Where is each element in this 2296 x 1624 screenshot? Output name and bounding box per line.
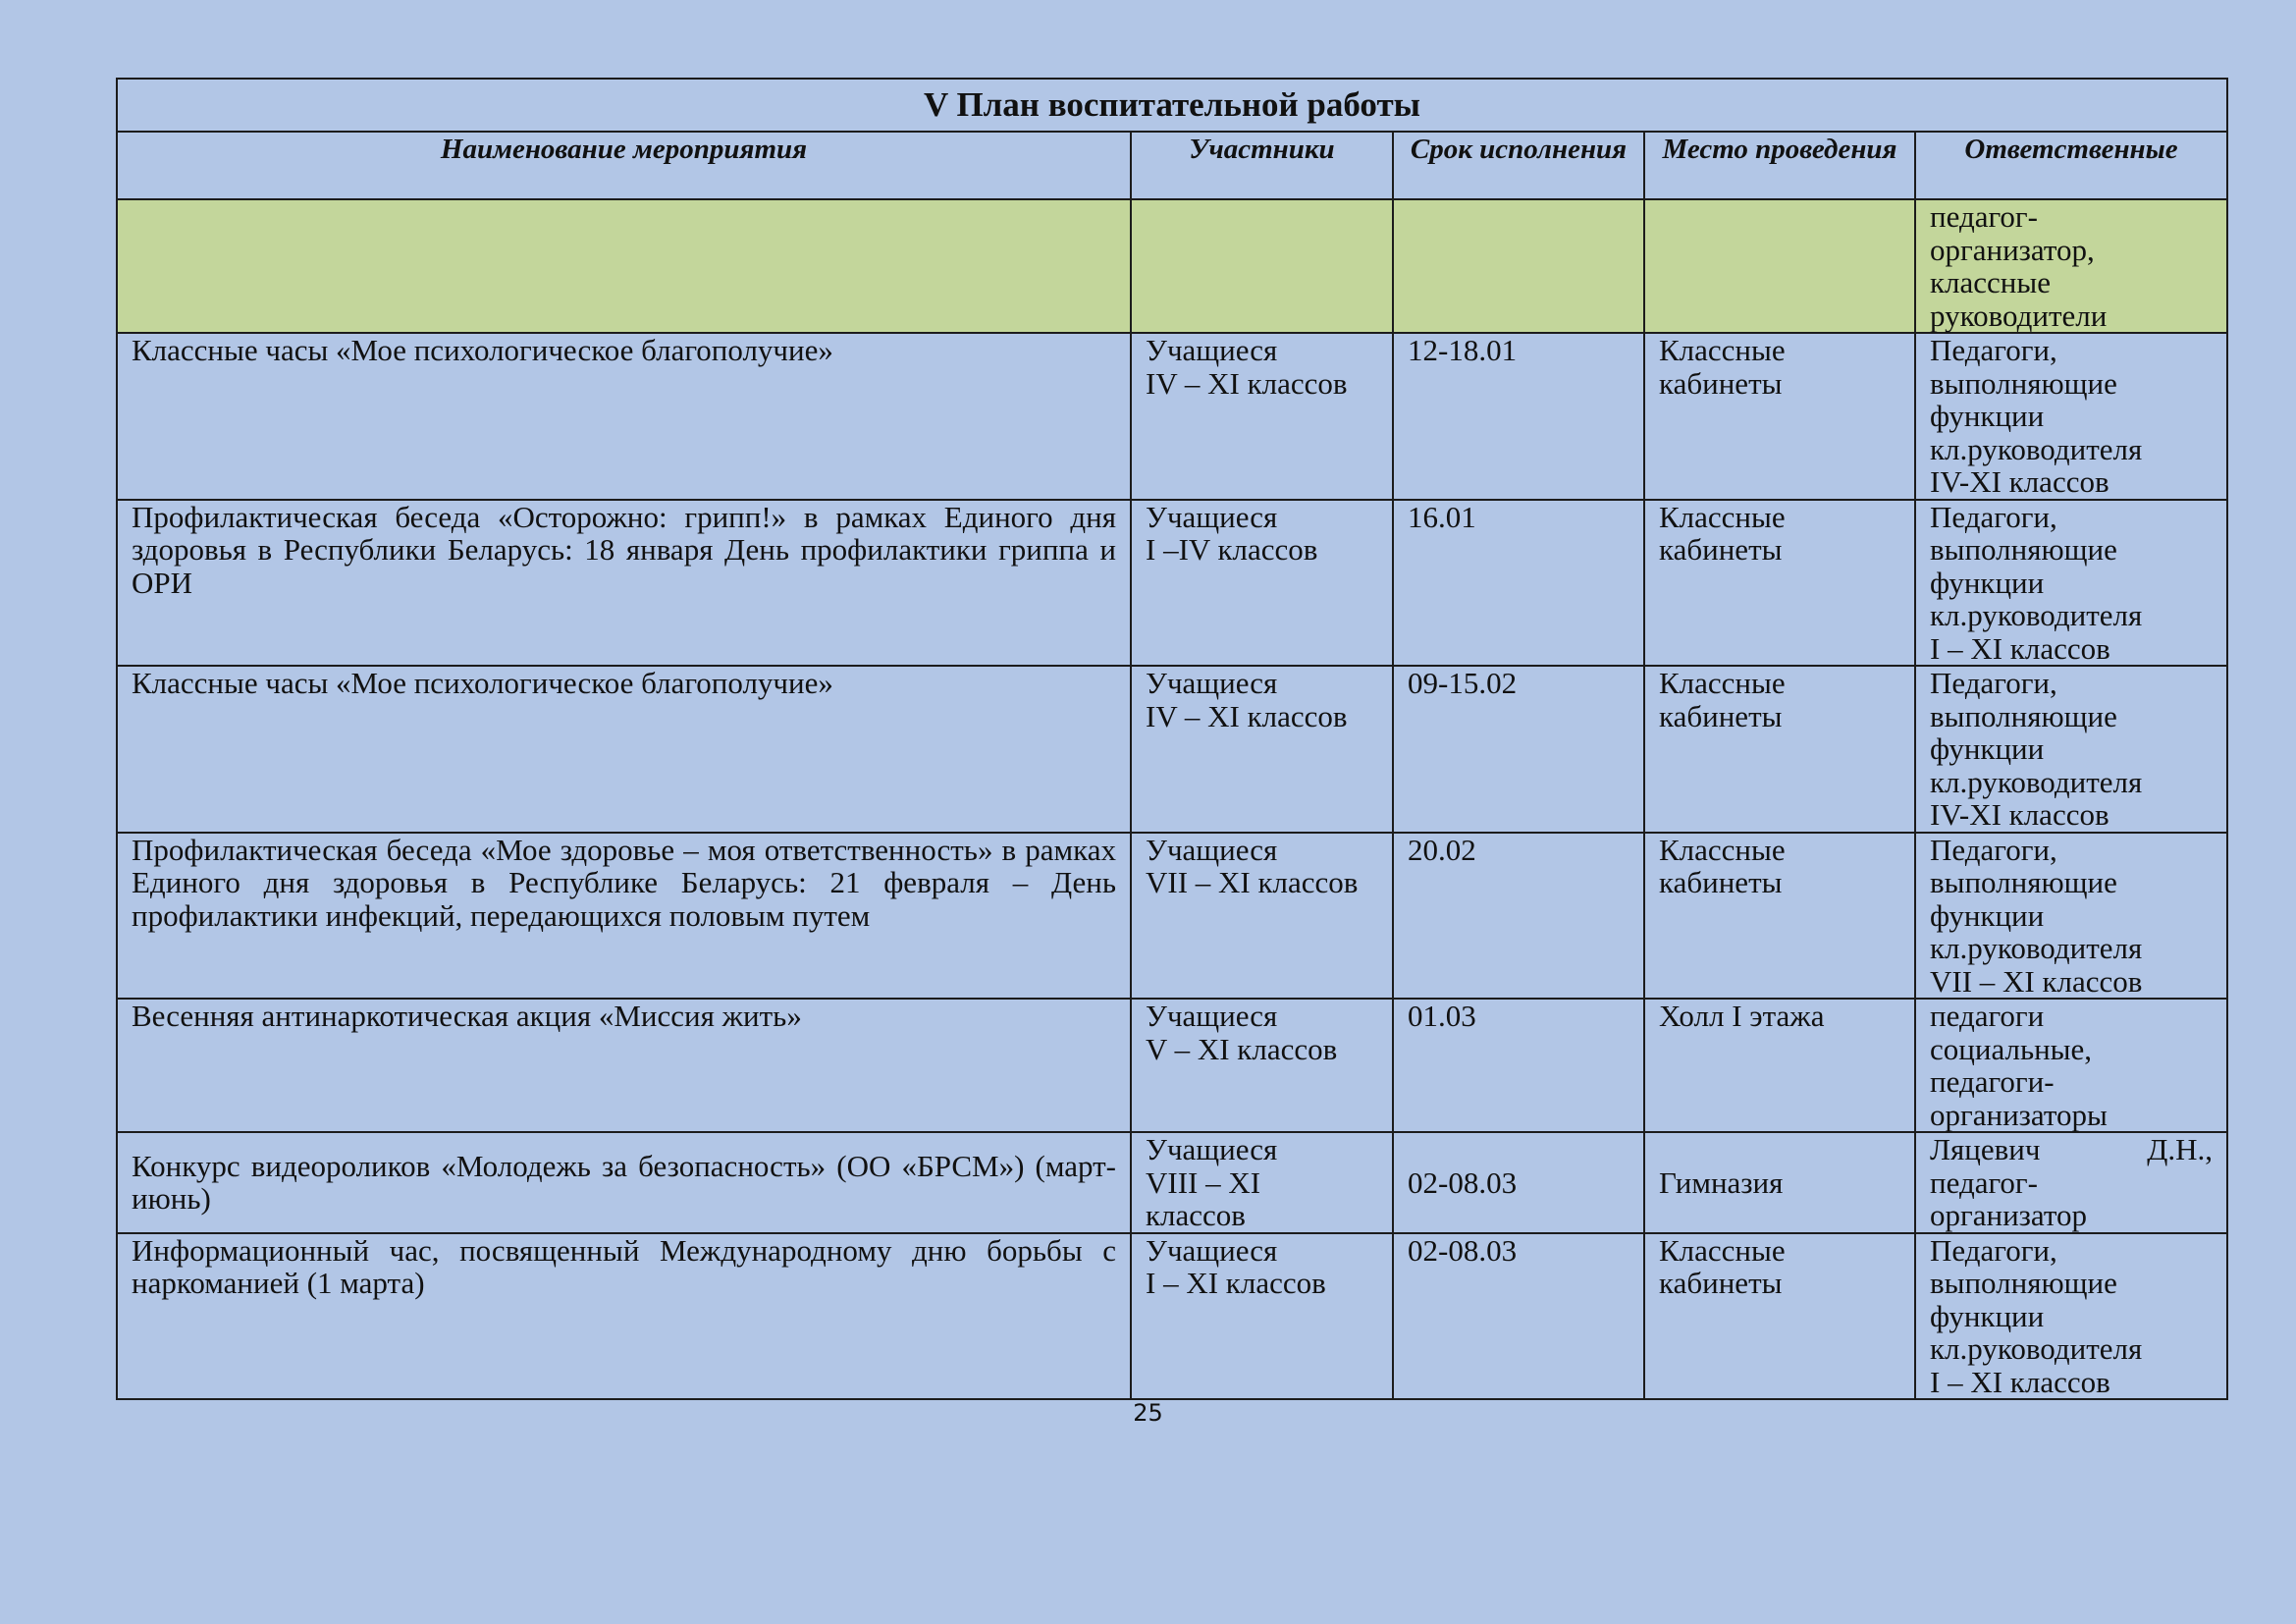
cell-participants: Учащиеся IV – XI классов (1131, 666, 1393, 833)
cell-place: Холл I этажа (1644, 999, 1915, 1132)
table-row: Весенняя антинаркотическая акция «Миссия… (117, 999, 2227, 1132)
cell-participants: Учащиеся I –IV классов (1131, 500, 1393, 667)
page-number: 25 (0, 1399, 2296, 1427)
section-title: V План воспитательной работы (117, 79, 2227, 132)
responsible-role: педагог- организатор (1930, 1166, 2213, 1232)
header-name: Наименование мероприятия (117, 132, 1131, 199)
responsible-name-line: Ляцевич Д.Н., (1930, 1133, 2213, 1166)
header-participants: Участники (1131, 132, 1393, 199)
cell-participants (1131, 199, 1393, 333)
header-row: Наименование мероприятия Участники Срок … (117, 132, 2227, 199)
table-row: Конкурс видеороликов «Молодежь за безопа… (117, 1132, 2227, 1233)
cell-responsible: педагог- организатор, классные руководит… (1915, 199, 2227, 333)
cell-responsible: Ляцевич Д.Н., педагог- организатор (1915, 1132, 2227, 1233)
cell-participants: Учащиеся I – XI классов (1131, 1233, 1393, 1400)
cell-name: Классные часы «Мое психологическое благо… (117, 333, 1131, 500)
cell-responsible: Педагоги, выполняющие функции кл.руковод… (1915, 833, 2227, 1000)
table-row: Классные часы «Мое психологическое благо… (117, 333, 2227, 500)
cell-deadline: 02-08.03 (1393, 1132, 1644, 1233)
cell-deadline: 12-18.01 (1393, 333, 1644, 500)
cell-participants: Учащиеся IV – XI классов (1131, 333, 1393, 500)
responsible-initials: Д.Н., (2147, 1133, 2213, 1166)
cell-deadline: 01.03 (1393, 999, 1644, 1132)
cell-name: Информационный час, посвященный Междунар… (117, 1233, 1131, 1400)
cell-place (1644, 199, 1915, 333)
cell-participants: Учащиеся VIII – XI классов (1131, 1132, 1393, 1233)
table-row: Классные часы «Мое психологическое благо… (117, 666, 2227, 833)
cell-place: Классные кабинеты (1644, 666, 1915, 833)
header-deadline: Срок исполнения (1393, 132, 1644, 199)
cell-place: Гимназия (1644, 1132, 1915, 1233)
title-row: V План воспитательной работы (117, 79, 2227, 132)
cell-name: Классные часы «Мое психологическое благо… (117, 666, 1131, 833)
cell-place: Классные кабинеты (1644, 333, 1915, 500)
cell-participants: Учащиеся V – XI классов (1131, 999, 1393, 1132)
table-row: Профилактическая беседа «Мое здоровье – … (117, 833, 2227, 1000)
cell-responsible: Педагоги, выполняющие функции кл.руковод… (1915, 500, 2227, 667)
header-place: Место проведения (1644, 132, 1915, 199)
cell-responsible: Педагоги, выполняющие функции кл.руковод… (1915, 666, 2227, 833)
cell-place: Классные кабинеты (1644, 1233, 1915, 1400)
table-row: Профилактическая беседа «Осторожно: грип… (117, 500, 2227, 667)
cell-responsible: педагоги социальные, педагоги- организат… (1915, 999, 2227, 1132)
cell-name: Профилактическая беседа «Мое здоровье – … (117, 833, 1131, 1000)
cell-deadline: 16.01 (1393, 500, 1644, 667)
cell-name: Весенняя антинаркотическая акция «Миссия… (117, 999, 1131, 1132)
responsible-surname: Ляцевич (1930, 1133, 2040, 1166)
cell-participants: Учащиеся VII – XI классов (1131, 833, 1393, 1000)
cell-responsible: Педагоги, выполняющие функции кл.руковод… (1915, 333, 2227, 500)
table-row: Информационный час, посвященный Междунар… (117, 1233, 2227, 1400)
header-responsible: Ответственные (1915, 132, 2227, 199)
cell-place: Классные кабинеты (1644, 833, 1915, 1000)
cell-name (117, 199, 1131, 333)
cell-deadline: 02-08.03 (1393, 1233, 1644, 1400)
cell-deadline: 09-15.02 (1393, 666, 1644, 833)
cell-place: Классные кабинеты (1644, 500, 1915, 667)
cell-name: Конкурс видеороликов «Молодежь за безопа… (117, 1132, 1131, 1233)
cell-deadline (1393, 199, 1644, 333)
continuation-row: педагог- организатор, классные руководит… (117, 199, 2227, 333)
cell-name: Профилактическая беседа «Осторожно: грип… (117, 500, 1131, 667)
cell-deadline: 20.02 (1393, 833, 1644, 1000)
cell-responsible: Педагоги, выполняющие функции кл.руковод… (1915, 1233, 2227, 1400)
education-plan-table: V План воспитательной работы Наименовани… (116, 78, 2228, 1400)
